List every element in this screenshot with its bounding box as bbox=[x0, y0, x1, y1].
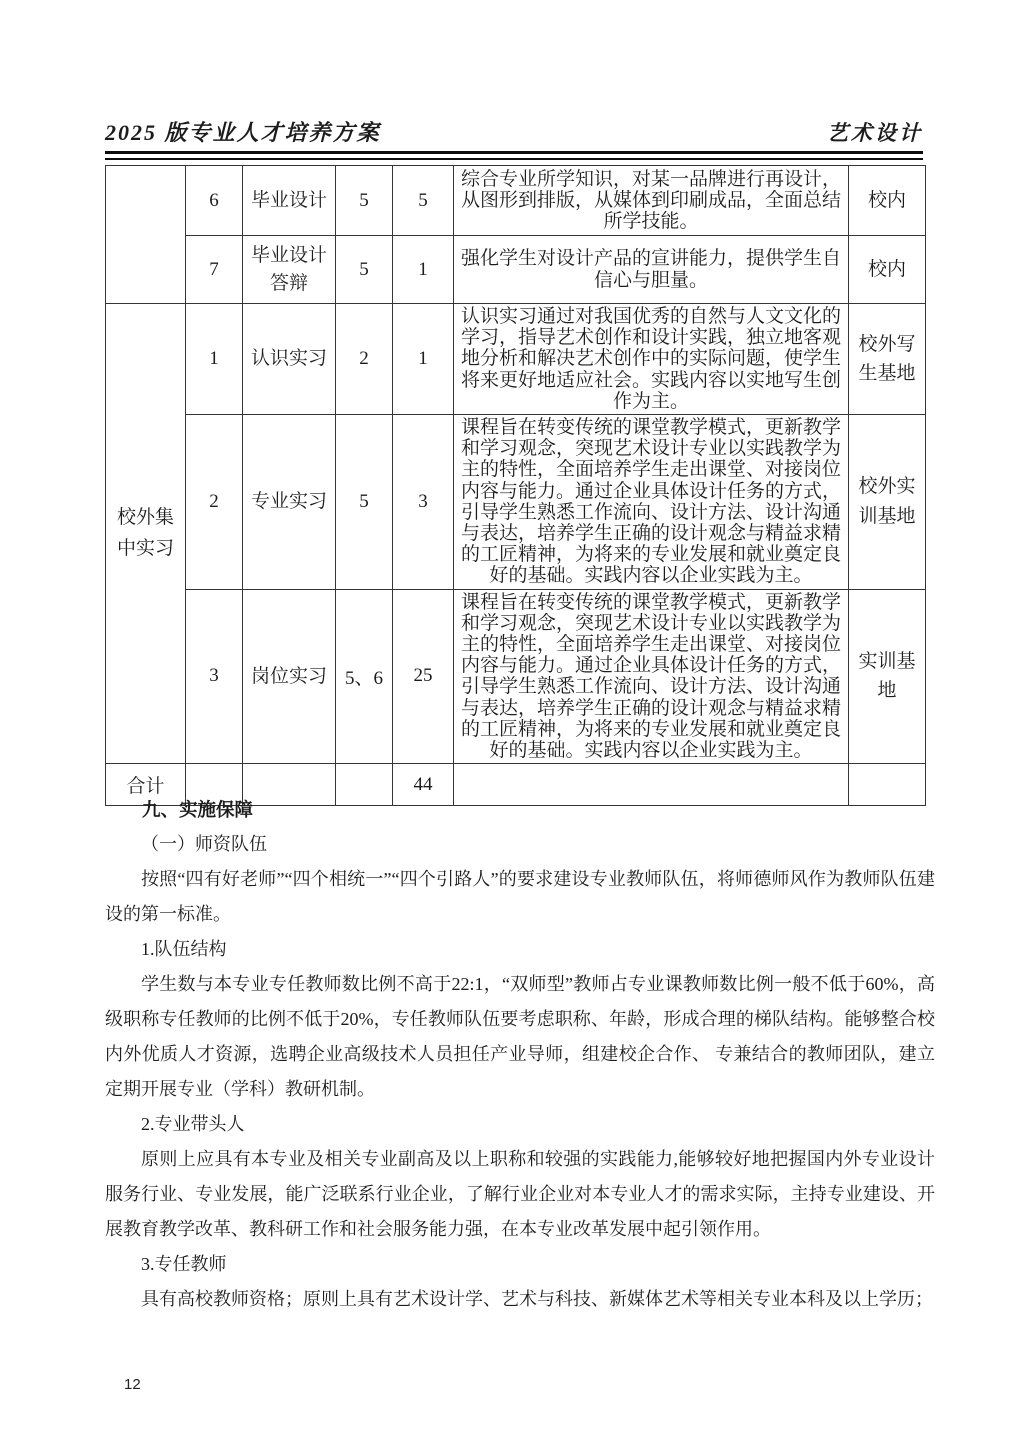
table-row: 2 专业实习 5 3 课程旨在转变传统的课堂教学模式，更新教学和学习观念，突现艺… bbox=[106, 415, 926, 590]
weeks-cell: 3 bbox=[393, 415, 454, 590]
paragraph: 具有高校教师资格；原则上具有艺术设计学、艺术与科技、新媒体艺术等相关专业本科及以… bbox=[105, 1282, 935, 1317]
course-name-cell: 专业实习 bbox=[243, 415, 336, 590]
weeks-cell: 1 bbox=[393, 304, 454, 415]
page-header: 2025 版专业人才培养方案 艺术设计 bbox=[105, 116, 923, 160]
semester-cell: 5 bbox=[336, 236, 393, 304]
subsection-heading: （一）师资队伍 bbox=[105, 827, 935, 862]
seq-cell: 7 bbox=[186, 236, 243, 304]
table-row: 校外集中实习 1 认识实习 2 1 认识实习通过对我国优秀的自然与人文文化的学习… bbox=[106, 304, 926, 415]
paragraph: 学生数与本专业专任教师数比例不高于22:1，“双师型”教师占专业课教师数比例一般… bbox=[105, 967, 935, 1107]
numbered-heading: 2.专业带头人 bbox=[105, 1107, 935, 1142]
description-cell: 强化学生对设计产品的宣讲能力，提供学生自信心与胆量。 bbox=[454, 236, 849, 304]
description-cell: 课程旨在转变传统的课堂教学模式，更新教学和学习观念，突现艺术设计专业以实践教学为… bbox=[454, 589, 849, 764]
page-number: 12 bbox=[124, 1376, 141, 1393]
semester-cell: 5、6 bbox=[336, 589, 393, 764]
site-cell: 校内 bbox=[849, 166, 926, 236]
description-cell: 认识实习通过对我国优秀的自然与人文文化的学习，指导艺术创作和设计实践，独立地客观… bbox=[454, 304, 849, 415]
seq-cell: 2 bbox=[186, 415, 243, 590]
seq-cell: 1 bbox=[186, 304, 243, 415]
weeks-cell: 25 bbox=[393, 589, 454, 764]
semester-cell: 2 bbox=[336, 304, 393, 415]
course-name-cell: 毕业设计 bbox=[243, 166, 336, 236]
table-row: 7 毕业设计答辩 5 1 强化学生对设计产品的宣讲能力，提供学生自信心与胆量。 … bbox=[106, 236, 926, 304]
seq-cell: 3 bbox=[186, 589, 243, 764]
header-left-title: 2025 版专业人才培养方案 bbox=[105, 116, 381, 147]
body-text: 九、实施保障 （一）师资队伍 按照“四有好老师”“四个相统一”“四个引路人”的要… bbox=[105, 792, 935, 1317]
numbered-heading: 1.队伍结构 bbox=[105, 932, 935, 967]
site-cell: 校外写生基地 bbox=[849, 304, 926, 415]
header-double-rule bbox=[105, 151, 923, 160]
weeks-cell: 5 bbox=[393, 166, 454, 236]
course-name-cell: 认识实习 bbox=[243, 304, 336, 415]
table-row: 6 毕业设计 5 5 综合专业所学知识，对某一品牌进行再设计，从图形到排版，从媒… bbox=[106, 166, 926, 236]
site-cell: 校内 bbox=[849, 236, 926, 304]
table-row: 3 岗位实习 5、6 25 课程旨在转变传统的课堂教学模式，更新教学和学习观念，… bbox=[106, 589, 926, 764]
practice-course-table: 6 毕业设计 5 5 综合专业所学知识，对某一品牌进行再设计，从图形到排版，从媒… bbox=[105, 165, 926, 806]
course-name-cell: 岗位实习 bbox=[243, 589, 336, 764]
site-cell: 实训基地 bbox=[849, 589, 926, 764]
category-cell: 校外集中实习 bbox=[106, 304, 186, 764]
paragraph: 原则上应具有本专业及相关专业副高及以上职称和较强的实践能力,能够较好地把握国内外… bbox=[105, 1142, 935, 1247]
seq-cell: 6 bbox=[186, 166, 243, 236]
semester-cell: 5 bbox=[336, 166, 393, 236]
header-right-title: 艺术设计 bbox=[827, 117, 923, 147]
numbered-heading: 3.专任教师 bbox=[105, 1247, 935, 1282]
section-heading: 九、实施保障 bbox=[105, 792, 935, 827]
document-page: 2025 版专业人才培养方案 艺术设计 6 毕业设计 5 5 综合专业所学知识，… bbox=[0, 0, 1024, 1448]
weeks-cell: 1 bbox=[393, 236, 454, 304]
category-cell-empty bbox=[106, 166, 186, 304]
description-cell: 课程旨在转变传统的课堂教学模式，更新教学和学习观念，突现艺术设计专业以实践教学为… bbox=[454, 415, 849, 590]
semester-cell: 5 bbox=[336, 415, 393, 590]
course-name-cell: 毕业设计答辩 bbox=[243, 236, 336, 304]
description-cell: 综合专业所学知识，对某一品牌进行再设计，从图形到排版，从媒体到印刷成品，全面总结… bbox=[454, 166, 849, 236]
paragraph: 按照“四有好老师”“四个相统一”“四个引路人”的要求建设专业教师队伍，将师德师风… bbox=[105, 862, 935, 932]
site-cell: 校外实训基地 bbox=[849, 415, 926, 590]
